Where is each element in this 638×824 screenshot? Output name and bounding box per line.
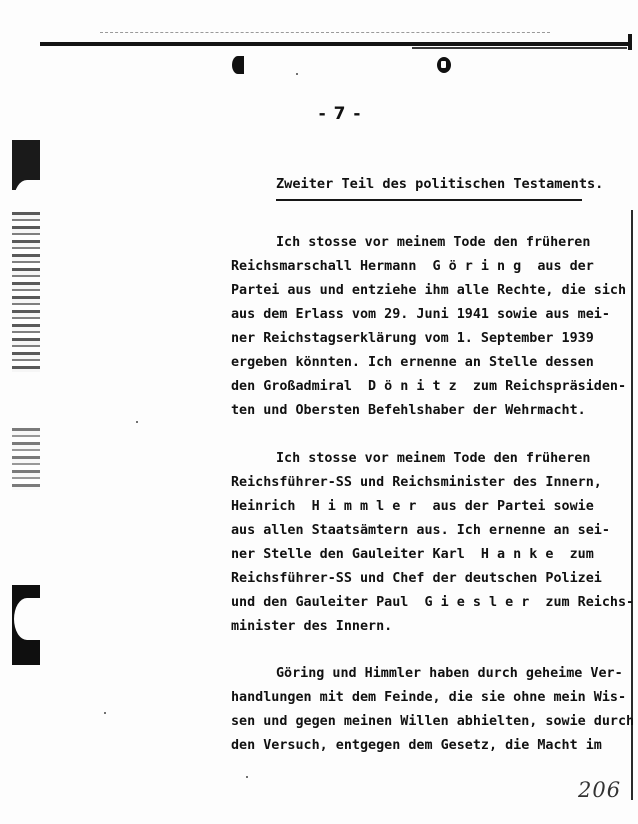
text-line: ner Stelle den Gauleiter Karl H a n k e … [231, 543, 621, 567]
punch-hole-left-icon [232, 56, 244, 74]
text-line: ergeben könnten. Ich ernenne an Stelle d… [231, 351, 621, 375]
section-heading: Zweiter Teil des politischen Testaments. [276, 176, 603, 192]
handwritten-folio-number: 206 [578, 778, 621, 802]
text-line: den Großadmiral D ö n i t z zum Reichspr… [231, 375, 621, 399]
scan-speck [104, 712, 106, 714]
text-line: Ich stosse vor meinem Tode den früheren [231, 231, 621, 255]
paragraph-goering: Ich stosse vor meinem Tode den früheren … [231, 231, 621, 423]
right-page-edge [631, 210, 633, 800]
text-line: Ich stosse vor meinem Tode den früheren [231, 447, 621, 471]
edge-mark [628, 34, 632, 50]
text-line: aus allen Staatsämtern aus. Ich ernenne … [231, 519, 621, 543]
punch-hole-right-icon [437, 57, 451, 73]
scan-edge-notch [14, 598, 40, 640]
scanned-document-page: - 7 - Zweiter Teil des politischen Testa… [0, 0, 638, 824]
faint-top-line [100, 32, 550, 34]
text-line: Reichsführer-SS und Chef der deutschen P… [231, 567, 621, 591]
text-line: sen und gegen meinen Willen abhielten, s… [231, 710, 621, 734]
text-line: Reichsführer-SS und Reichsminister des I… [231, 471, 621, 495]
scan-speck [136, 421, 138, 423]
scan-edge-strip [12, 428, 40, 490]
text-line: Reichsmarschall Hermann G ö r i n g aus … [231, 255, 621, 279]
paragraph-negotiations: Göring und Himmler haben durch geheime V… [231, 662, 621, 758]
text-line: Heinrich H i m m l e r aus der Partei so… [231, 495, 621, 519]
text-line: Göring und Himmler haben durch geheime V… [231, 662, 621, 686]
scan-edge-strip [12, 212, 40, 372]
scan-speck [296, 73, 298, 75]
binding-rule [40, 42, 632, 46]
text-line: ner Reichstagserklärung vom 1. September… [231, 327, 621, 351]
page-number: - 7 - [0, 104, 638, 124]
binding-rule-secondary [412, 47, 627, 49]
text-line: Partei aus und entziehe ihm alle Rechte,… [231, 279, 621, 303]
text-line: aus dem Erlass vom 29. Juni 1941 sowie a… [231, 303, 621, 327]
text-line: ten und Obersten Befehlshaber der Wehrma… [231, 399, 621, 423]
text-line: den Versuch, entgegen dem Gesetz, die Ma… [231, 734, 621, 758]
paragraph-himmler: Ich stosse vor meinem Tode den früheren … [231, 447, 621, 639]
scan-speck [246, 776, 248, 778]
text-line: handlungen mit dem Feinde, die sie ohne … [231, 686, 621, 710]
heading-underline [276, 199, 582, 201]
text-line: minister des Innern. [231, 615, 621, 639]
text-line: und den Gauleiter Paul G i e s l e r zum… [231, 591, 621, 615]
